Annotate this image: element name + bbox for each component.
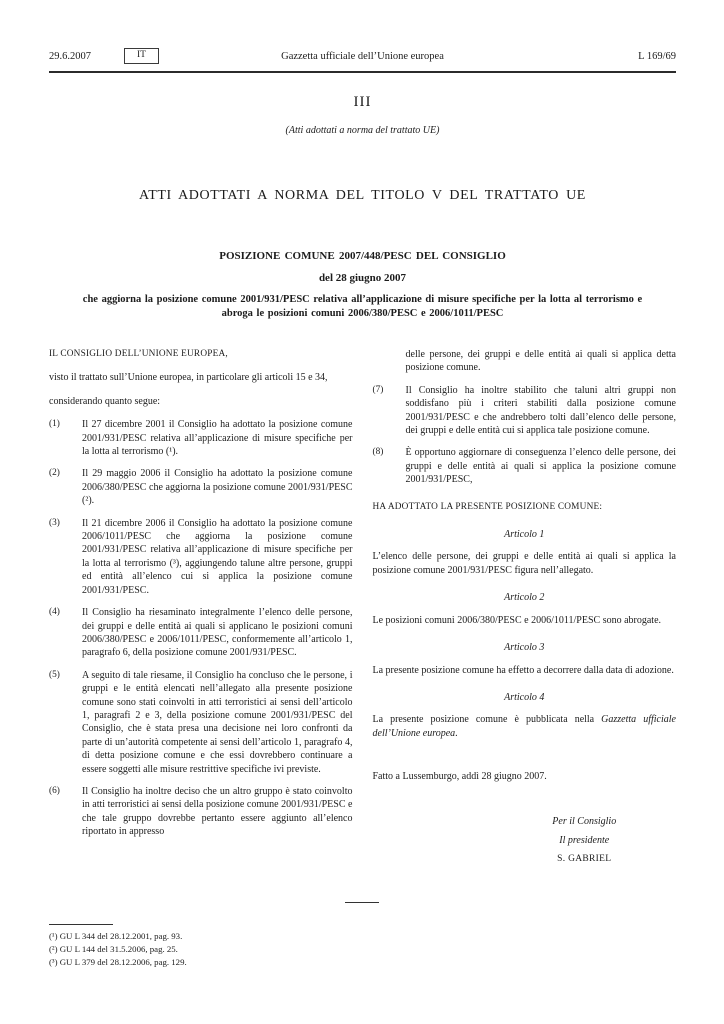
adoption-formula: HA ADOTTATO LA PRESENTE POSIZIONE COMUNE… bbox=[373, 501, 677, 514]
act-date: del 28 giugno 2007 bbox=[49, 272, 676, 284]
section-note: (Atti adottati a norma del trattato UE) bbox=[49, 125, 676, 136]
body-columns: IL CONSIGLIO DELL’UNIONE EUROPEA, visto … bbox=[49, 348, 676, 869]
recital-number: (1) bbox=[49, 418, 82, 458]
recital-text: Il 27 dicembre 2001 il Consiglio ha adot… bbox=[82, 418, 353, 458]
recital-number: (7) bbox=[373, 384, 406, 438]
recital-8: (8) È opportuno aggiornare di conseguenz… bbox=[373, 446, 677, 486]
header-date: 29.6.2007 bbox=[49, 51, 91, 62]
signature-name: S. GABRIEL bbox=[493, 850, 677, 869]
recital-text: È opportuno aggiornare di conseguenza l’… bbox=[406, 446, 677, 486]
recital-1: (1) Il 27 dicembre 2001 il Consiglio ha … bbox=[49, 418, 353, 458]
signature-for: Per il Consiglio bbox=[493, 812, 677, 831]
recital-number: (3) bbox=[49, 517, 82, 597]
article-3-text: La presente posizione comune ha effetto … bbox=[373, 664, 677, 677]
footnotes: (¹) GU L 344 del 28.12.2001, pag. 93. (²… bbox=[49, 924, 187, 969]
preamble-visto: visto il trattato sull’Unione europea, i… bbox=[49, 371, 353, 384]
recital-7: (7) Il Consiglio ha inoltre stabilito ch… bbox=[373, 384, 677, 438]
language-code-box: IT bbox=[124, 48, 159, 64]
signature-role: Il presidente bbox=[493, 831, 677, 850]
recital-text: Il Consiglio ha inoltre deciso che un al… bbox=[82, 785, 353, 839]
footnote-separator bbox=[49, 924, 113, 925]
recital-text: A seguito di tale riesame, il Consiglio … bbox=[82, 669, 353, 776]
preamble-considerando: considerando quanto segue: bbox=[49, 395, 353, 408]
act-subtitle: che aggiorna la posizione comune 2001/93… bbox=[83, 293, 643, 321]
section-numeral: III bbox=[49, 94, 676, 111]
article-3-heading: Articolo 3 bbox=[373, 641, 677, 654]
recital-number: (4) bbox=[49, 606, 82, 660]
right-column: delle persone, dei gruppi e delle entità… bbox=[373, 348, 677, 869]
recital-number: (5) bbox=[49, 669, 82, 776]
act-name: POSIZIONE COMUNE 2007/448/PESC DEL CONSI… bbox=[49, 250, 676, 262]
recital-4: (4) Il Consiglio ha riesaminato integral… bbox=[49, 606, 353, 660]
end-of-act-rule bbox=[345, 902, 379, 903]
article-2-heading: Articolo 2 bbox=[373, 591, 677, 604]
recital-text: Il Consiglio ha riesaminato integralment… bbox=[82, 606, 353, 660]
recital-6-continuation: delle persone, dei gruppi e delle entità… bbox=[373, 348, 677, 375]
recital-text: Il 21 dicembre 2006 il Consiglio ha adot… bbox=[82, 517, 353, 597]
article-1-heading: Articolo 1 bbox=[373, 528, 677, 541]
article-4-text-normal: La presente posizione comune è pubblicat… bbox=[373, 714, 602, 725]
recital-text: Il 29 maggio 2006 il Consiglio ha adotta… bbox=[82, 467, 353, 507]
recital-number-spacer bbox=[373, 348, 406, 375]
recital-3: (3) Il 21 dicembre 2006 il Consiglio ha … bbox=[49, 517, 353, 597]
footnote-3: (³) GU L 379 del 28.12.2006, pag. 129. bbox=[49, 956, 187, 969]
recital-text: Il Consiglio ha inoltre stabilito che ta… bbox=[406, 384, 677, 438]
document-page: 29.6.2007 IT Gazzetta ufficiale dell’Uni… bbox=[0, 0, 724, 1024]
preamble-opening: IL CONSIGLIO DELL’UNIONE EUROPEA, bbox=[49, 348, 353, 361]
place-and-date: Fatto a Lussemburgo, addì 28 giugno 2007… bbox=[373, 770, 677, 783]
signature-block: Per il Consiglio Il presidente S. GABRIE… bbox=[493, 812, 677, 869]
recital-2: (2) Il 29 maggio 2006 il Consiglio ha ad… bbox=[49, 467, 353, 507]
footnote-2: (²) GU L 144 del 31.5.2006, pag. 25. bbox=[49, 943, 187, 956]
recital-6: (6) Il Consiglio ha inoltre deciso che u… bbox=[49, 785, 353, 839]
recital-number: (2) bbox=[49, 467, 82, 507]
footnote-1: (¹) GU L 344 del 28.12.2001, pag. 93. bbox=[49, 930, 187, 943]
page-title: ATTI ADOTTATI A NORMA DEL TITOLO V DEL T… bbox=[49, 188, 676, 204]
article-4-heading: Articolo 4 bbox=[373, 691, 677, 704]
article-4-text-tail: . bbox=[455, 728, 458, 739]
recital-number: (8) bbox=[373, 446, 406, 486]
running-header: 29.6.2007 IT Gazzetta ufficiale dell’Uni… bbox=[49, 48, 676, 73]
recital-text: delle persone, dei gruppi e delle entità… bbox=[406, 348, 677, 375]
article-4-text: La presente posizione comune è pubblicat… bbox=[373, 713, 677, 740]
article-2-text: Le posizioni comuni 2006/380/PESC e 2006… bbox=[373, 614, 677, 627]
article-1-text: L’elenco delle persone, dei gruppi e del… bbox=[373, 550, 677, 577]
left-column: IL CONSIGLIO DELL’UNIONE EUROPEA, visto … bbox=[49, 348, 353, 869]
recital-5: (5) A seguito di tale riesame, il Consig… bbox=[49, 669, 353, 776]
page-number: L 169/69 bbox=[638, 51, 676, 62]
recital-number: (6) bbox=[49, 785, 82, 839]
